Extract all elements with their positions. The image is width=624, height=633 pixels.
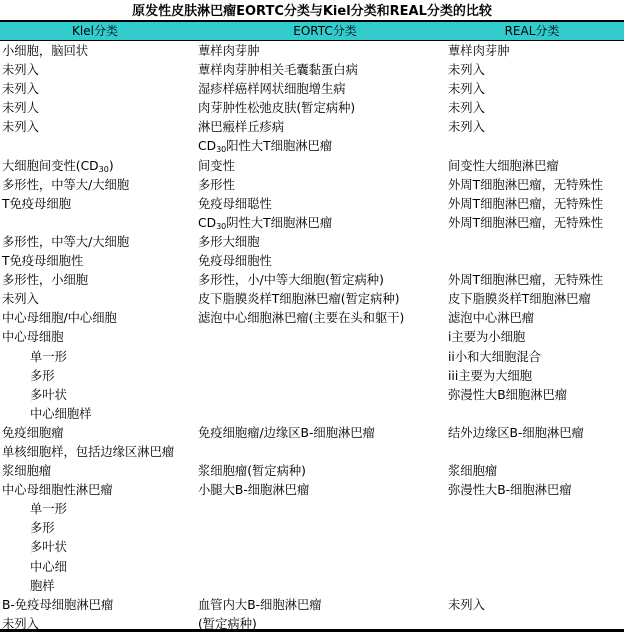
table-row: 多形性，中等大/大细胞多形大细胞 bbox=[0, 233, 624, 252]
cell-real: i主要为小细胞 bbox=[448, 328, 624, 347]
table-title: 原发性皮肤淋巴瘤EORTC分类与Kiel分类和REAL分类的比较 bbox=[0, 3, 624, 21]
cell-real: 间变性大细胞淋巴瘤 bbox=[448, 157, 624, 176]
cell-kiel: 未列入 bbox=[2, 61, 192, 80]
cell-eortc: 浆细胞瘤(暂定病种) bbox=[198, 462, 443, 481]
cell-real bbox=[448, 405, 624, 424]
cell-eortc: 免疫母细聪性 bbox=[198, 195, 443, 214]
cell-kiel-text: 大细胞间变性(CD bbox=[2, 159, 99, 173]
cell-eortc: 肉芽肿性松弛皮肤(暂定病种) bbox=[198, 99, 443, 118]
cell-real: 浆细胞瘤 bbox=[448, 462, 624, 481]
table-row: 未列入淋巴瘢样丘疹病未列入 bbox=[0, 118, 624, 137]
cell-real: 未列入 bbox=[448, 99, 624, 118]
cell-eortc: CD30阴性大T细胞淋巴瘤 bbox=[198, 214, 443, 233]
cell-eortc bbox=[198, 367, 443, 386]
cell-real: 结外边缘区B-细胞淋巴瘤 bbox=[448, 424, 624, 443]
cell-kiel-text: ) bbox=[109, 159, 114, 173]
cell-eortc-text: 阴性大T细胞淋巴瘤 bbox=[226, 216, 332, 230]
cell-kiel: T免疫母细胞性 bbox=[2, 252, 192, 271]
table-row: 未列入(暂定病种) bbox=[0, 615, 624, 633]
cell-eortc: 间变性 bbox=[198, 157, 443, 176]
classification-comparison-table: Klel分类 EORTC分类 REAL分类 小细胞，脑回状蕈样肉芽肿蕈样肉芽肿未… bbox=[0, 20, 624, 632]
cell-eortc: (暂定病种) bbox=[198, 615, 443, 633]
subscript: 30 bbox=[99, 165, 109, 174]
cell-real: 滤泡中心淋巴瘤 bbox=[448, 309, 624, 328]
cell-kiel: 小细胞，脑回状 bbox=[2, 42, 192, 61]
table-header: Klel分类 EORTC分类 REAL分类 bbox=[0, 22, 624, 41]
cell-eortc bbox=[198, 405, 443, 424]
cell-eortc-text: 阳性大T细胞淋巴瘤 bbox=[226, 139, 332, 153]
cell-eortc: 皮下脂膜炎样T细胞淋巴瘤(暂定病种) bbox=[198, 290, 443, 309]
table-row: CD30阳性大T细胞淋巴瘤 bbox=[0, 137, 624, 156]
cell-real: iii主要为大细胞 bbox=[448, 367, 624, 386]
cell-real: 未列入 bbox=[448, 596, 624, 615]
cell-real: ii小和大细胞混合 bbox=[448, 348, 624, 367]
cell-real: 未列入 bbox=[448, 80, 624, 99]
cell-eortc bbox=[198, 348, 443, 367]
cell-kiel: 中心细胞样 bbox=[30, 405, 220, 424]
table-row: 多叶状弥漫性大B细胞淋巴瘤 bbox=[0, 386, 624, 405]
column-header-kiel: Klel分类 bbox=[0, 22, 190, 40]
cell-kiel: 多叶状 bbox=[30, 538, 220, 557]
cell-real bbox=[448, 558, 624, 577]
cell-eortc bbox=[198, 328, 443, 347]
table-row: 大细胞间变性(CD30)间变性间变性大细胞淋巴瘤 bbox=[0, 157, 624, 176]
cell-eortc: 免疫母细胞性 bbox=[198, 252, 443, 271]
cell-kiel bbox=[2, 137, 192, 156]
cell-kiel: 多形性，中等大/大细胞 bbox=[2, 176, 192, 195]
cell-kiel: B-免疫母细胞淋巴瘤 bbox=[2, 596, 192, 615]
cell-real: 外周T细胞淋巴瘤，无特殊性 bbox=[448, 176, 624, 195]
table-row: 多形性，中等大/大细胞多形性外周T细胞淋巴瘤，无特殊性 bbox=[0, 176, 624, 195]
cell-real bbox=[448, 615, 624, 633]
cell-kiel: 多叶状 bbox=[30, 386, 220, 405]
cell-kiel: 中心母细胞/中心细胞 bbox=[2, 309, 192, 328]
cell-eortc: 淋巴瘢样丘疹病 bbox=[198, 118, 443, 137]
table-row: 未列入皮下脂膜炎样T细胞淋巴瘤(暂定病种)皮下脂膜炎样T细胞淋巴瘤 bbox=[0, 290, 624, 309]
table-row: 单核细胞样，包括边缘区淋巴瘤 bbox=[0, 443, 624, 462]
cell-eortc bbox=[198, 443, 443, 462]
table-row: 中心母细胞性淋巴瘤小腿大B-细胞淋巴瘤弥漫性大B-细胞淋巴瘤 bbox=[0, 481, 624, 500]
table-body: 小细胞，脑回状蕈样肉芽肿蕈样肉芽肿未列入蕈样肉芽肿相关毛囊黏蛋白病未列入未列入湿… bbox=[0, 42, 624, 633]
table-row: 胞样 bbox=[0, 577, 624, 596]
cell-real: 弥漫性大B细胞淋巴瘤 bbox=[448, 386, 624, 405]
cell-real: 皮下脂膜炎样T细胞淋巴瘤 bbox=[448, 290, 624, 309]
cell-eortc: 湿疹样癌样网状细胞增生病 bbox=[198, 80, 443, 99]
cell-eortc-text: CD bbox=[198, 139, 216, 153]
table-row: 单一形ii小和大细胞混合 bbox=[0, 348, 624, 367]
table-row: T免疫母细胞免疫母细聪性外周T细胞淋巴瘤，无特殊性 bbox=[0, 195, 624, 214]
cell-eortc bbox=[198, 538, 443, 557]
cell-real: 未列入 bbox=[448, 61, 624, 80]
cell-eortc bbox=[198, 519, 443, 538]
cell-eortc bbox=[198, 500, 443, 519]
cell-real bbox=[448, 519, 624, 538]
cell-eortc: 免疫细胞瘤/边缘区B-细胞淋巴瘤 bbox=[198, 424, 443, 443]
cell-real bbox=[448, 538, 624, 557]
cell-kiel: 中心母细胞 bbox=[2, 328, 192, 347]
table-row: 浆细胞瘤浆细胞瘤(暂定病种)浆细胞瘤 bbox=[0, 462, 624, 481]
cell-eortc-text: CD bbox=[198, 216, 216, 230]
cell-real: 外周T细胞淋巴瘤，无特殊性 bbox=[448, 214, 624, 233]
table-row: 多形性，小细胞多形性，小/中等大细胞(暂定病种)外周T细胞淋巴瘤，无特殊性 bbox=[0, 271, 624, 290]
table-row: 多叶状 bbox=[0, 538, 624, 557]
column-header-eortc: EORTC分类 bbox=[190, 22, 460, 40]
cell-eortc: 蕈样肉芽肿 bbox=[198, 42, 443, 61]
cell-kiel: 中心母细胞性淋巴瘤 bbox=[2, 481, 192, 500]
cell-real bbox=[448, 233, 624, 252]
cell-eortc: 血管内大B-细胞淋巴瘤 bbox=[198, 596, 443, 615]
cell-eortc: 多形大细胞 bbox=[198, 233, 443, 252]
column-header-real: REAL分类 bbox=[440, 22, 624, 40]
cell-real: 未列入 bbox=[448, 118, 624, 137]
cell-kiel: 未列入 bbox=[2, 80, 192, 99]
cell-kiel: 胞样 bbox=[30, 577, 220, 596]
cell-real bbox=[448, 500, 624, 519]
table-row: 多形iii主要为大细胞 bbox=[0, 367, 624, 386]
table-row: 单一形 bbox=[0, 500, 624, 519]
cell-kiel: 单一形 bbox=[30, 500, 220, 519]
table-row: CD30阴性大T细胞淋巴瘤外周T细胞淋巴瘤，无特殊性 bbox=[0, 214, 624, 233]
table-row: 中心母细胞/中心细胞滤泡中心细胞淋巴瘤(主要在头和躯干)滤泡中心淋巴瘤 bbox=[0, 309, 624, 328]
cell-kiel: 浆细胞瘤 bbox=[2, 462, 192, 481]
subscript: 30 bbox=[216, 145, 226, 154]
cell-kiel: 未列入 bbox=[2, 118, 192, 137]
cell-eortc: 多形性 bbox=[198, 176, 443, 195]
cell-kiel: 多形 bbox=[30, 367, 220, 386]
table-row: 小细胞，脑回状蕈样肉芽肿蕈样肉芽肿 bbox=[0, 42, 624, 61]
subscript: 30 bbox=[216, 222, 226, 231]
cell-kiel: 多形性，中等大/大细胞 bbox=[2, 233, 192, 252]
table-row: T免疫母细胞性免疫母细胞性 bbox=[0, 252, 624, 271]
table-row: 中心细胞样 bbox=[0, 405, 624, 424]
cell-real: 外周T细胞淋巴瘤，无特殊性 bbox=[448, 195, 624, 214]
table-row: 免疫细胞瘤免疫细胞瘤/边缘区B-细胞淋巴瘤结外边缘区B-细胞淋巴瘤 bbox=[0, 424, 624, 443]
cell-eortc: 蕈样肉芽肿相关毛囊黏蛋白病 bbox=[198, 61, 443, 80]
cell-eortc bbox=[198, 577, 443, 596]
cell-kiel: 未列人 bbox=[2, 99, 192, 118]
cell-kiel: 免疫细胞瘤 bbox=[2, 424, 192, 443]
cell-real bbox=[448, 443, 624, 462]
cell-real bbox=[448, 137, 624, 156]
table-row: 多形 bbox=[0, 519, 624, 538]
cell-kiel: 多形 bbox=[30, 519, 220, 538]
cell-kiel: 单一形 bbox=[30, 348, 220, 367]
cell-real: 弥漫性大B-细胞淋巴瘤 bbox=[448, 481, 624, 500]
table-row: B-免疫母细胞淋巴瘤血管内大B-细胞淋巴瘤未列入 bbox=[0, 596, 624, 615]
cell-eortc: 小腿大B-细胞淋巴瘤 bbox=[198, 481, 443, 500]
cell-kiel bbox=[2, 214, 192, 233]
cell-real: 蕈样肉芽肿 bbox=[448, 42, 624, 61]
table-row: 未列入湿疹样癌样网状细胞增生病未列入 bbox=[0, 80, 624, 99]
cell-eortc: 滤泡中心细胞淋巴瘤(主要在头和躯干) bbox=[198, 309, 443, 328]
table-row: 未列入蕈样肉芽肿相关毛囊黏蛋白病未列入 bbox=[0, 61, 624, 80]
cell-kiel: T免疫母细胞 bbox=[2, 195, 192, 214]
cell-eortc: 多形性，小/中等大细胞(暂定病种) bbox=[198, 271, 443, 290]
cell-real bbox=[448, 577, 624, 596]
cell-eortc bbox=[198, 558, 443, 577]
cell-real: 外周T细胞淋巴瘤，无特殊性 bbox=[448, 271, 624, 290]
cell-real bbox=[448, 252, 624, 271]
cell-kiel: 中心细 bbox=[30, 558, 220, 577]
table-row: 中心母细胞i主要为小细胞 bbox=[0, 328, 624, 347]
cell-eortc: CD30阳性大T细胞淋巴瘤 bbox=[198, 137, 443, 156]
table-row: 未列人肉芽肿性松弛皮肤(暂定病种)未列入 bbox=[0, 99, 624, 118]
cell-kiel: 未列入 bbox=[2, 290, 192, 309]
cell-kiel: 大细胞间变性(CD30) bbox=[2, 157, 192, 176]
table-row: 中心细 bbox=[0, 558, 624, 577]
cell-eortc bbox=[198, 386, 443, 405]
cell-kiel: 未列入 bbox=[2, 615, 192, 633]
cell-kiel: 单核细胞样，包括边缘区淋巴瘤 bbox=[2, 443, 192, 462]
cell-kiel: 多形性，小细胞 bbox=[2, 271, 192, 290]
